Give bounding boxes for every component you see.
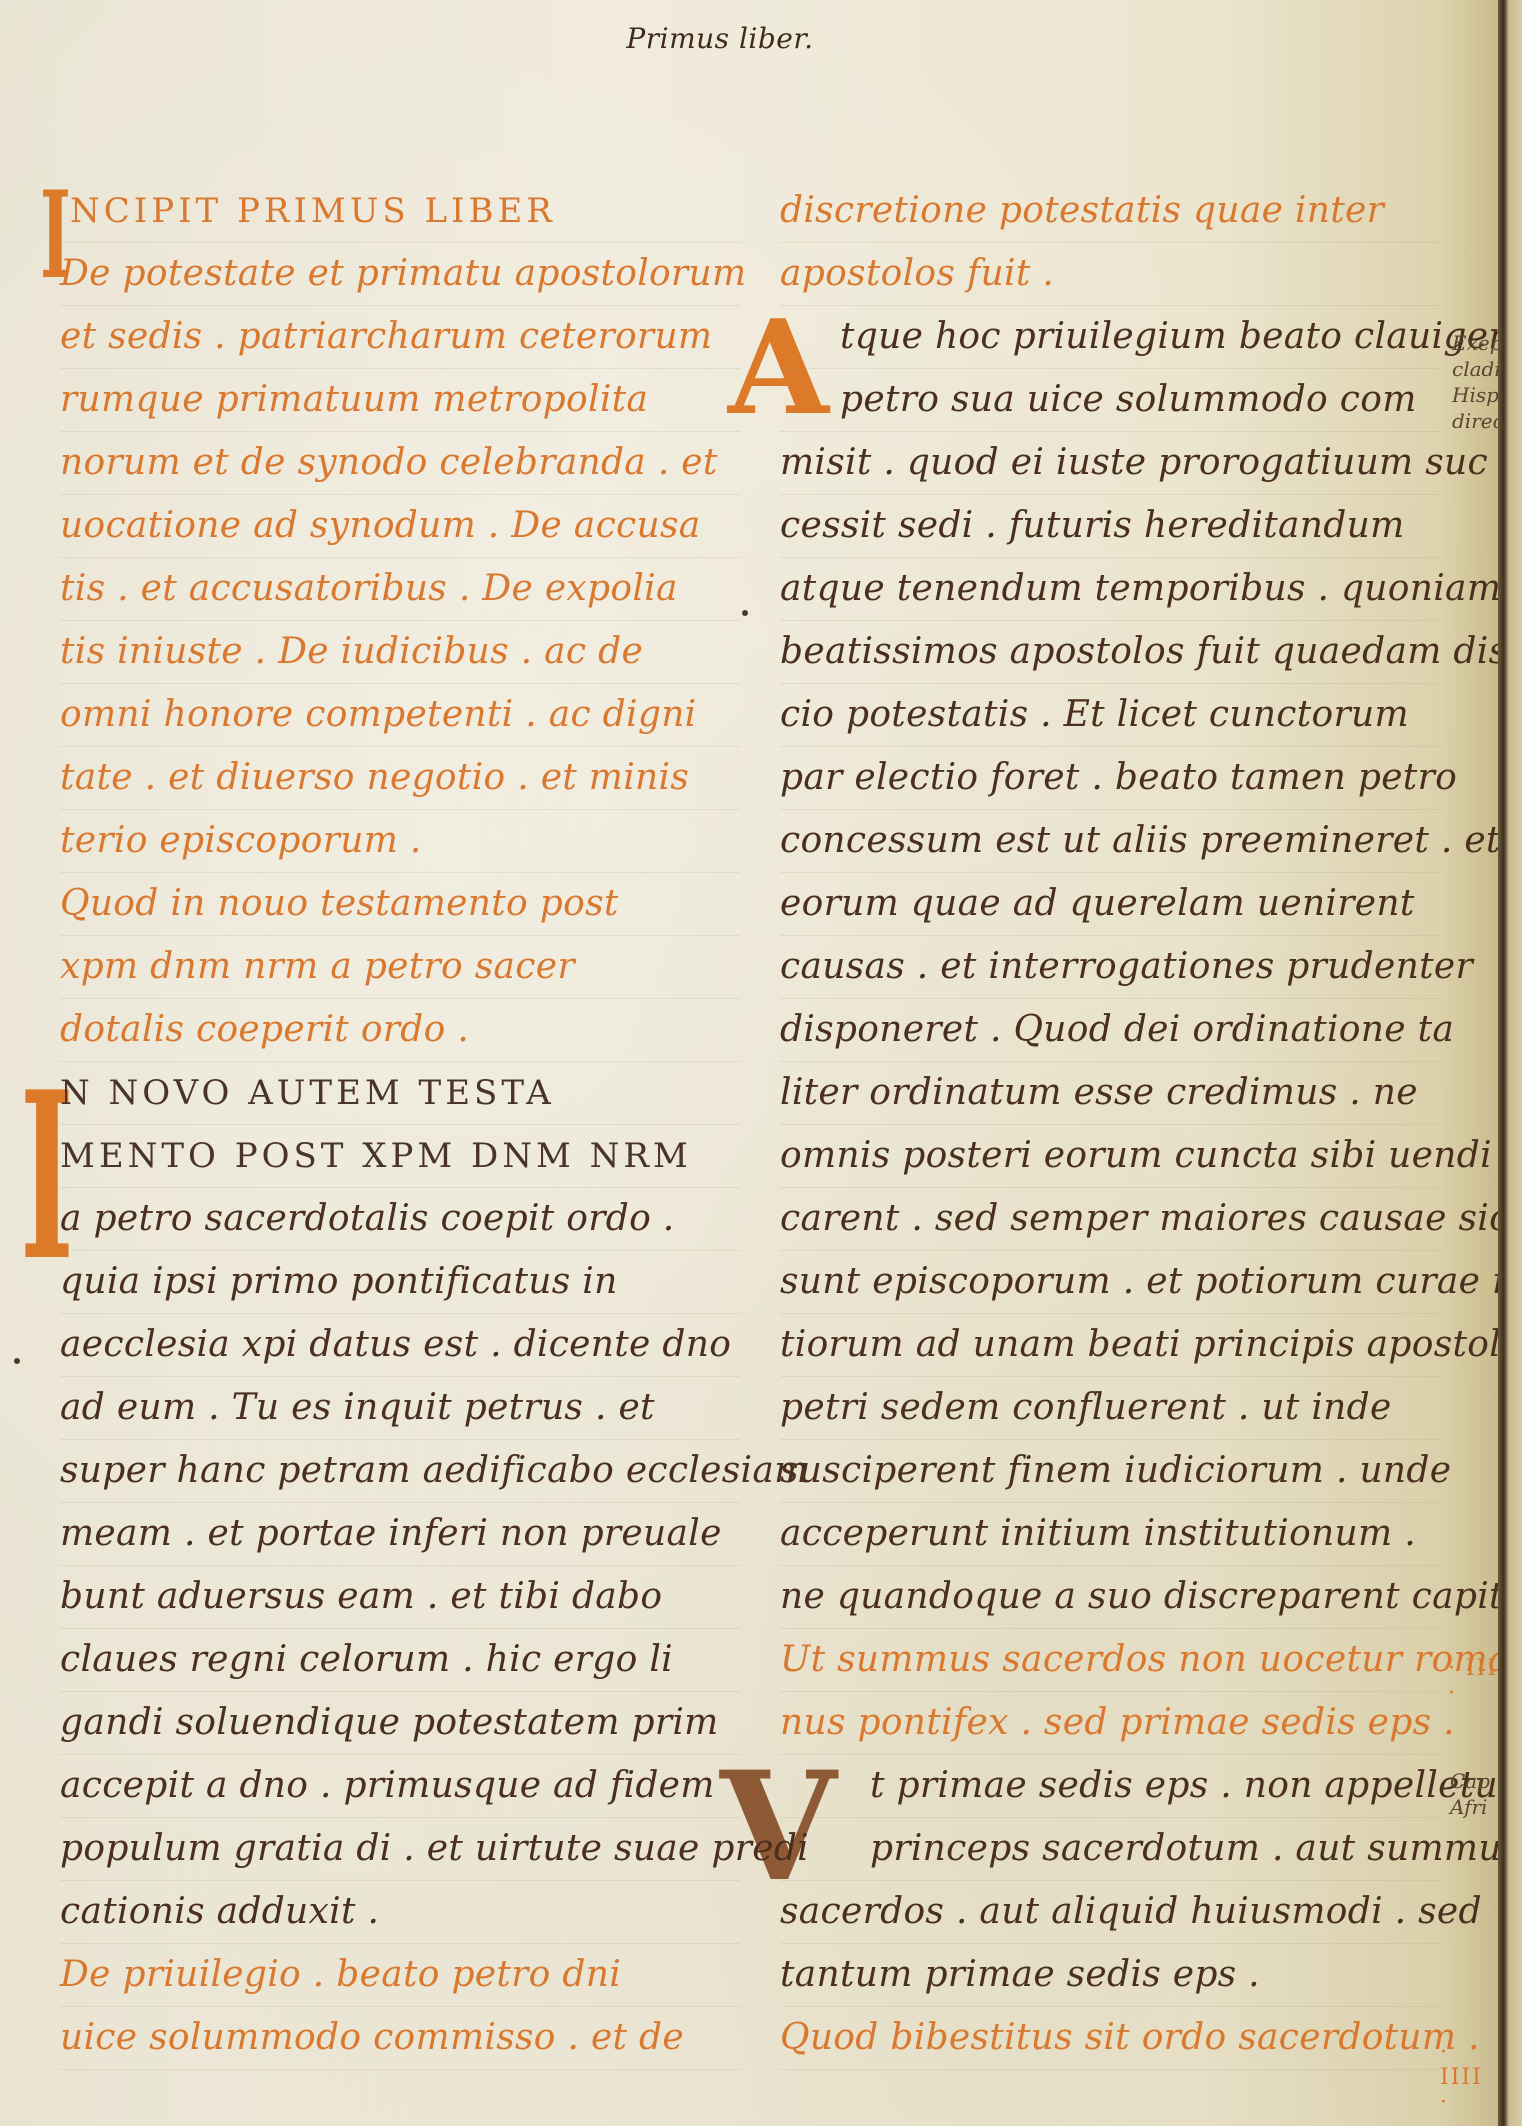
display-caps-line: N NOVO AUTEM TESTA <box>60 1062 740 1125</box>
text-line: par electio foret . beato tamen petro <box>780 747 1440 810</box>
chapter-number-3: · III · <box>1448 1656 1500 1706</box>
text-line: concessum est ut aliis preemineret . et <box>780 810 1440 873</box>
text-line: sacerdos . aut aliquid huiusmodi . sed <box>780 1881 1440 1944</box>
text-line: cio potestatis . Et licet cunctorum <box>780 684 1440 747</box>
incipit-heading: NCIPIT PRIMUS LIBER <box>60 180 740 243</box>
binding-gutter <box>1498 0 1522 2126</box>
text-line: De potestate et primatu apostolorum <box>60 243 740 306</box>
text-line: cationis adduxit . <box>60 1881 740 1944</box>
right-column: discretione potestatis quae inter aposto… <box>780 180 1440 2070</box>
text-line: petro sua uice solummodo com <box>780 369 1440 432</box>
text-line: beatissimos apostolos fuit quaedam discr… <box>780 621 1440 684</box>
text-line: uice solummodo commisso . et de <box>60 2007 740 2070</box>
text-line: a petro sacerdotalis coepit ordo . <box>60 1188 740 1251</box>
display-caps-line: MENTO POST XPM DNM NRM <box>60 1125 740 1188</box>
stray-dot <box>14 1358 20 1364</box>
text-line: et sedis . patriarcharum ceterorum <box>60 306 740 369</box>
left-column: NCIPIT PRIMUS LIBER De potestate et prim… <box>60 180 740 2070</box>
running-header: Primus liber. <box>600 22 840 55</box>
text-line: bunt aduersus eam . et tibi dabo <box>60 1566 740 1629</box>
text-line: atque tenendum temporibus . quoniam et i… <box>780 558 1440 621</box>
text-line: sunt episcoporum . et potiorum curae neg… <box>780 1251 1440 1314</box>
text-line: petri sedem confluerent . ut inde <box>780 1377 1440 1440</box>
text-line: tis iniuste . De iudicibus . ac de <box>60 621 740 684</box>
text-line: tque hoc priuilegium beato clauigero <box>780 306 1440 369</box>
text-line: De priuilegio . beato petro dni <box>60 1944 740 2007</box>
text-line: princeps sacerdotum . aut summus <box>780 1818 1440 1881</box>
text-line: omni honore competenti . ac digni <box>60 684 740 747</box>
text-line: tiorum ad unam beati principis apostolor… <box>780 1314 1440 1377</box>
text-line: eorum quae ad querelam uenirent <box>780 873 1440 936</box>
text-line: liter ordinatum esse credimus . ne <box>780 1062 1440 1125</box>
text-line: uocatione ad synodum . De accusa <box>60 495 740 558</box>
text-line: nus pontifex . sed primae sedis eps . <box>780 1692 1440 1755</box>
text-line: accepit a dno . primusque ad fidem <box>60 1755 740 1818</box>
text-line: xpm dnm nrm a petro sacer <box>60 936 740 999</box>
text-line: gandi soluendique potestatem prim <box>60 1692 740 1755</box>
text-line: Ut summus sacerdos non uocetur roma <box>780 1629 1440 1692</box>
text-line: super hanc petram aedificabo ecclesiam <box>60 1440 740 1503</box>
text-line: ne quandoque a suo discreparent capite . <box>780 1566 1440 1629</box>
manuscript-page: Primus liber. I I A V NCIPIT PRIMUS LIBE… <box>0 0 1500 2126</box>
text-line: susciperent finem iudiciorum . unde <box>780 1440 1440 1503</box>
chapter-number-4: · IIII · <box>1440 2040 1500 2115</box>
text-line: ad eum . Tu es inquit petrus . et <box>60 1377 740 1440</box>
text-line: carent . sed semper maiores causae sic <box>780 1188 1440 1251</box>
text-line: aecclesia xpi datus est . dicente dno <box>60 1314 740 1377</box>
text-line: misit . quod ei iuste prorogatiuum suc <box>780 432 1440 495</box>
text-line: dotalis coeperit ordo . <box>60 999 740 1062</box>
text-line: apostolos fuit . <box>780 243 1440 306</box>
text-line: claues regni celorum . hic ergo li <box>60 1629 740 1692</box>
stray-dot <box>742 610 748 616</box>
text-line: tate . et diuerso negotio . et minis <box>60 747 740 810</box>
text-line: tantum primae sedis eps . <box>780 1944 1440 2007</box>
text-line: acceperunt initium institutionum . <box>780 1503 1440 1566</box>
text-line: Quod bibestitus sit ordo sacerdotum . <box>780 2007 1440 2070</box>
text-line: rumque primatuum metropolita <box>60 369 740 432</box>
text-line: causas . et interrogationes prudenter <box>780 936 1440 999</box>
text-line: Quod in nouo testamento post <box>60 873 740 936</box>
text-line: discretione potestatis quae inter <box>780 180 1440 243</box>
text-line: populum gratia di . et uirtute suae pred… <box>60 1818 740 1881</box>
text-line: tis . et accusatoribus . De expolia <box>60 558 740 621</box>
text-line: t primae sedis eps . non appelletur <box>780 1755 1440 1818</box>
text-line: disponeret . Quod dei ordinatione ta <box>780 999 1440 1062</box>
text-line: meam . et portae inferi non preuale <box>60 1503 740 1566</box>
text-line: omnis posteri eorum cuncta sibi uendi <box>780 1125 1440 1188</box>
text-line: terio episcoporum . <box>60 810 740 873</box>
text-line: cessit sedi . futuris hereditandum <box>780 495 1440 558</box>
text-line: norum et de synodo celebranda . et <box>60 432 740 495</box>
text-line: quia ipsi primo pontificatus in <box>60 1251 740 1314</box>
